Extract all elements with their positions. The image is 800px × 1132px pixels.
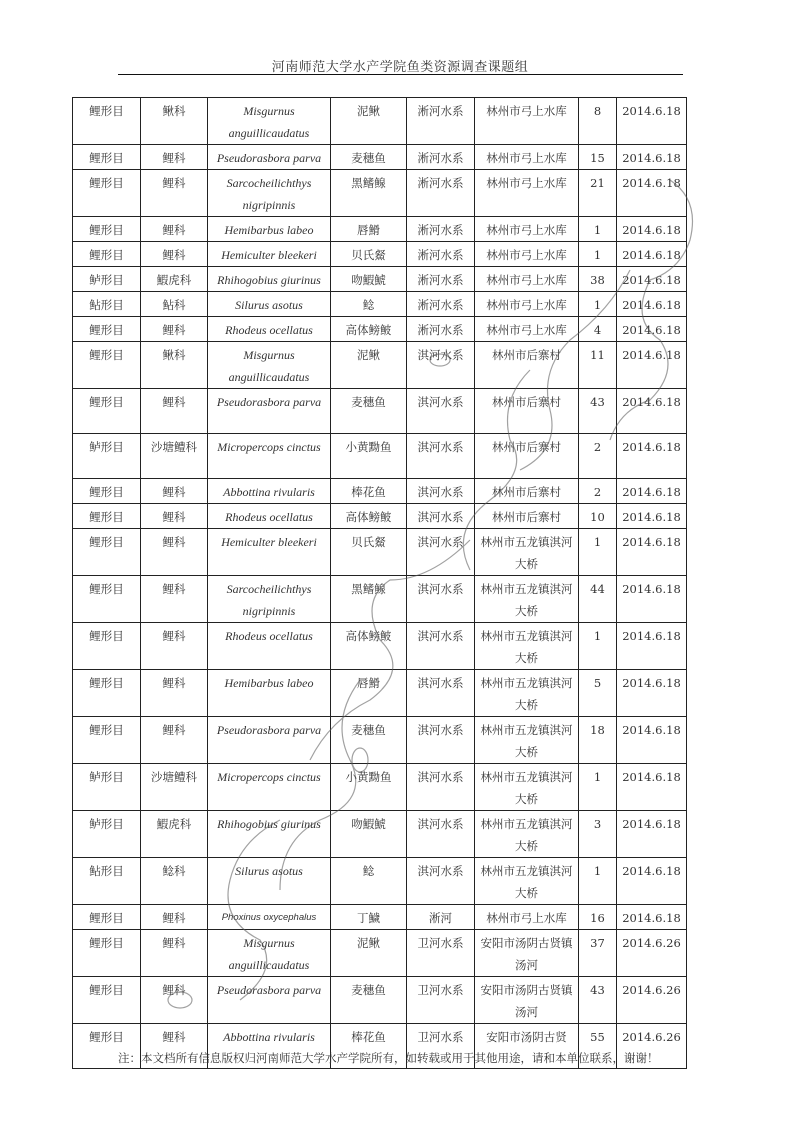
cell-scientific: Hemiculter bleekeri [208, 242, 331, 267]
cell-river: 淇河水系 [407, 811, 475, 858]
cell-river: 淅河水系 [407, 145, 475, 170]
cell-count: 1 [579, 242, 617, 267]
cell-date: 2014.6.18 [617, 389, 687, 434]
cell-river: 淇河水系 [407, 717, 475, 764]
cell-river: 卫河水系 [407, 930, 475, 977]
cell-date: 2014.6.18 [617, 905, 687, 930]
table-row: 鲤形目鲤科Misgurnus anguillicaudatus泥鳅卫河水系安阳市… [73, 930, 687, 977]
cell-river: 淇河水系 [407, 504, 475, 529]
cell-common: 麦穗鱼 [331, 717, 407, 764]
cell-family: 鲤科 [141, 170, 208, 217]
cell-common: 丁鱥 [331, 905, 407, 930]
cell-location: 林州市后寨村 [475, 389, 579, 434]
cell-date: 2014.6.18 [617, 576, 687, 623]
cell-date: 2014.6.18 [617, 504, 687, 529]
cell-location: 林州市五龙镇淇河大桥 [475, 623, 579, 670]
cell-family: 鲤科 [141, 217, 208, 242]
table-row: 鲤形目鲤科Rhodeus ocellatus高体鳑鲏淅河水系林州市弓上水库420… [73, 317, 687, 342]
cell-common: 泥鳅 [331, 98, 407, 145]
cell-common: 吻鰕鯱 [331, 267, 407, 292]
cell-location: 林州市弓上水库 [475, 905, 579, 930]
cell-common: 泥鳅 [331, 930, 407, 977]
cell-scientific: Pseudorasbora parva [208, 977, 331, 1024]
cell-family: 鲤科 [141, 529, 208, 576]
cell-common: 麦穗鱼 [331, 389, 407, 434]
cell-date: 2014.6.18 [617, 145, 687, 170]
cell-order: 鲇形目 [73, 292, 141, 317]
cell-order: 鲤形目 [73, 389, 141, 434]
cell-order: 鲤形目 [73, 905, 141, 930]
table-row: 鲤形目鲤科Pseudorasbora parva麦穗鱼淅河水系林州市弓上水库15… [73, 145, 687, 170]
cell-family: 沙塘鳢科 [141, 434, 208, 479]
cell-river: 淅河水系 [407, 170, 475, 217]
cell-location: 林州市弓上水库 [475, 98, 579, 145]
cell-family: 鲤科 [141, 576, 208, 623]
cell-river: 淇河水系 [407, 479, 475, 504]
cell-count: 2 [579, 434, 617, 479]
cell-date: 2014.6.18 [617, 479, 687, 504]
table-row: 鲤形目鲤科Hemibarbus labeo唇䱻淇河水系林州市五龙镇淇河大桥520… [73, 670, 687, 717]
cell-count: 1 [579, 858, 617, 905]
cell-count: 43 [579, 977, 617, 1024]
cell-date: 2014.6.26 [617, 977, 687, 1024]
cell-location: 林州市弓上水库 [475, 145, 579, 170]
cell-scientific: Micropercops cinctus [208, 434, 331, 479]
cell-order: 鲈形目 [73, 764, 141, 811]
cell-order: 鲤形目 [73, 170, 141, 217]
cell-location: 林州市弓上水库 [475, 317, 579, 342]
cell-scientific: Phoxinus oxycephalus [208, 905, 331, 930]
cell-family: 沙塘鳢科 [141, 764, 208, 811]
cell-family: 鲤科 [141, 670, 208, 717]
cell-scientific: Hemiculter bleekeri [208, 529, 331, 576]
cell-common: 小黄黝鱼 [331, 434, 407, 479]
cell-count: 1 [579, 217, 617, 242]
cell-count: 18 [579, 717, 617, 764]
table-row: 鲤形目鲤科Hemiculter bleekeri贝氏䱗淅河水系林州市弓上水库12… [73, 242, 687, 267]
cell-order: 鲈形目 [73, 267, 141, 292]
table-row: 鲤形目鲤科Phoxinus oxycephalus丁鱥淅河林州市弓上水库1620… [73, 905, 687, 930]
table-row: 鲤形目鲤科Sarcocheilichthys nigripinnis黑鳍鳈淅河水… [73, 170, 687, 217]
cell-location: 林州市弓上水库 [475, 267, 579, 292]
cell-order: 鲈形目 [73, 434, 141, 479]
cell-location: 林州市五龙镇淇河大桥 [475, 858, 579, 905]
cell-location: 林州市后寨村 [475, 479, 579, 504]
cell-count: 10 [579, 504, 617, 529]
cell-common: 贝氏䱗 [331, 242, 407, 267]
cell-count: 3 [579, 811, 617, 858]
cell-count: 11 [579, 342, 617, 389]
table-row: 鲤形目鲤科Rhodeus ocellatus高体鳑鲏淇河水系林州市后寨村1020… [73, 504, 687, 529]
cell-family: 鲤科 [141, 389, 208, 434]
cell-family: 鲇科 [141, 292, 208, 317]
cell-river: 淇河水系 [407, 858, 475, 905]
cell-family: 鲤科 [141, 977, 208, 1024]
table-row: 鲤形目鳅科Misgurnus anguillicaudatus泥鳅淅河水系林州市… [73, 98, 687, 145]
cell-date: 2014.6.18 [617, 342, 687, 389]
cell-common: 麦穗鱼 [331, 145, 407, 170]
cell-date: 2014.6.18 [617, 529, 687, 576]
cell-common: 鲶 [331, 858, 407, 905]
cell-family: 鲤科 [141, 717, 208, 764]
cell-common: 小黄黝鱼 [331, 764, 407, 811]
cell-location: 林州市五龙镇淇河大桥 [475, 670, 579, 717]
cell-date: 2014.6.18 [617, 267, 687, 292]
page-header-title: 河南师范大学水产学院鱼类资源调查课题组 [0, 56, 800, 75]
cell-scientific: Sarcocheilichthys nigripinnis [208, 576, 331, 623]
cell-date: 2014.6.18 [617, 811, 687, 858]
cell-common: 高体鳑鲏 [331, 317, 407, 342]
cell-date: 2014.6.18 [617, 764, 687, 811]
table-row: 鲈形目沙塘鳢科Micropercops cinctus小黄黝鱼淇河水系林州市五龙… [73, 764, 687, 811]
cell-river: 淇河水系 [407, 342, 475, 389]
table-row: 鲈形目鰕虎科Rhihogobius giurinus吻鰕鯱淇河水系林州市五龙镇淇… [73, 811, 687, 858]
table-row: 鲤形目鲤科Pseudorasbora parva麦穗鱼淇河水系林州市后寨村432… [73, 389, 687, 434]
cell-count: 1 [579, 623, 617, 670]
cell-count: 37 [579, 930, 617, 977]
cell-river: 淅河水系 [407, 242, 475, 267]
header-divider [118, 74, 683, 75]
cell-family: 鰕虎科 [141, 811, 208, 858]
cell-scientific: Sarcocheilichthys nigripinnis [208, 170, 331, 217]
cell-scientific: Rhihogobius giurinus [208, 267, 331, 292]
cell-date: 2014.6.26 [617, 930, 687, 977]
cell-scientific: Pseudorasbora parva [208, 389, 331, 434]
cell-family: 鳅科 [141, 342, 208, 389]
cell-river: 淇河水系 [407, 764, 475, 811]
cell-common: 黑鳍鳈 [331, 170, 407, 217]
cell-river: 淅河水系 [407, 317, 475, 342]
cell-family: 鲤科 [141, 479, 208, 504]
cell-date: 2014.6.18 [617, 242, 687, 267]
cell-river: 淇河水系 [407, 576, 475, 623]
cell-scientific: Hemibarbus labeo [208, 670, 331, 717]
cell-count: 43 [579, 389, 617, 434]
cell-scientific: Misgurnus anguillicaudatus [208, 98, 331, 145]
cell-river: 淅河水系 [407, 267, 475, 292]
copyright-note: 注：本文档所有信息版权归河南师范大学水产学院所有，如转载或用于其他用途，请和本单… [118, 1050, 659, 1066]
cell-location: 林州市五龙镇淇河大桥 [475, 811, 579, 858]
cell-common: 唇䱻 [331, 670, 407, 717]
table-row: 鲈形目鰕虎科Rhihogobius giurinus吻鰕鯱淅河水系林州市弓上水库… [73, 267, 687, 292]
cell-river: 淅河 [407, 905, 475, 930]
cell-river: 卫河水系 [407, 977, 475, 1024]
cell-common: 泥鳅 [331, 342, 407, 389]
cell-river: 淇河水系 [407, 529, 475, 576]
cell-count: 38 [579, 267, 617, 292]
fish-survey-table: 鲤形目鳅科Misgurnus anguillicaudatus泥鳅淅河水系林州市… [72, 97, 687, 1069]
table-row: 鲤形目鲤科Hemiculter bleekeri贝氏䱗淇河水系林州市五龙镇淇河大… [73, 529, 687, 576]
cell-scientific: Misgurnus anguillicaudatus [208, 342, 331, 389]
cell-family: 鲤科 [141, 930, 208, 977]
cell-location: 林州市弓上水库 [475, 170, 579, 217]
cell-common: 吻鰕鯱 [331, 811, 407, 858]
cell-common: 贝氏䱗 [331, 529, 407, 576]
cell-family: 鲶科 [141, 858, 208, 905]
cell-count: 1 [579, 292, 617, 317]
cell-location: 林州市弓上水库 [475, 242, 579, 267]
cell-date: 2014.6.18 [617, 217, 687, 242]
table-row: 鲤形目鲤科Abbottina rivularis棒花鱼淇河水系林州市后寨村220… [73, 479, 687, 504]
table-row: 鲤形目鲤科Pseudorasbora parva麦穗鱼淇河水系林州市五龙镇淇河大… [73, 717, 687, 764]
cell-family: 鲤科 [141, 242, 208, 267]
cell-order: 鲤形目 [73, 930, 141, 977]
cell-scientific: Misgurnus anguillicaudatus [208, 930, 331, 977]
cell-river: 淅河水系 [407, 98, 475, 145]
cell-common: 麦穗鱼 [331, 977, 407, 1024]
cell-common: 唇䱻 [331, 217, 407, 242]
cell-order: 鲤形目 [73, 504, 141, 529]
table-row: 鲤形目鲤科Sarcocheilichthys nigripinnis黑鳍鳈淇河水… [73, 576, 687, 623]
cell-order: 鲤形目 [73, 717, 141, 764]
cell-count: 4 [579, 317, 617, 342]
cell-count: 44 [579, 576, 617, 623]
cell-location: 林州市后寨村 [475, 342, 579, 389]
cell-order: 鲤形目 [73, 317, 141, 342]
cell-scientific: Pseudorasbora parva [208, 145, 331, 170]
cell-order: 鲇形目 [73, 858, 141, 905]
cell-date: 2014.6.18 [617, 98, 687, 145]
cell-location: 林州市后寨村 [475, 504, 579, 529]
cell-date: 2014.6.18 [617, 317, 687, 342]
cell-order: 鲤形目 [73, 242, 141, 267]
table-row: 鲤形目鲤科Hemibarbus labeo唇䱻淅河水系林州市弓上水库12014.… [73, 217, 687, 242]
cell-count: 5 [579, 670, 617, 717]
table-row: 鲤形目鳅科Misgurnus anguillicaudatus泥鳅淇河水系林州市… [73, 342, 687, 389]
cell-scientific: Rhodeus ocellatus [208, 317, 331, 342]
cell-family: 鲤科 [141, 504, 208, 529]
cell-count: 2 [579, 479, 617, 504]
cell-scientific: Abbottina rivularis [208, 479, 331, 504]
cell-scientific: Rhihogobius giurinus [208, 811, 331, 858]
cell-order: 鲈形目 [73, 811, 141, 858]
cell-order: 鲤形目 [73, 670, 141, 717]
cell-river: 淇河水系 [407, 623, 475, 670]
table-row: 鲤形目鲤科Pseudorasbora parva麦穗鱼卫河水系安阳市汤阴古贤镇汤… [73, 977, 687, 1024]
cell-location: 安阳市汤阴古贤镇汤河 [475, 977, 579, 1024]
cell-date: 2014.6.18 [617, 717, 687, 764]
cell-date: 2014.6.18 [617, 670, 687, 717]
cell-family: 鲤科 [141, 317, 208, 342]
cell-date: 2014.6.18 [617, 623, 687, 670]
cell-family: 鲤科 [141, 623, 208, 670]
table-row: 鲈形目沙塘鳢科Micropercops cinctus小黄黝鱼淇河水系林州市后寨… [73, 434, 687, 479]
cell-scientific: Rhodeus ocellatus [208, 623, 331, 670]
table-row: 鲇形目鲇科Silurus asotus鲶淅河水系林州市弓上水库12014.6.1… [73, 292, 687, 317]
cell-scientific: Rhodeus ocellatus [208, 504, 331, 529]
cell-scientific: Silurus asotus [208, 292, 331, 317]
cell-river: 淇河水系 [407, 389, 475, 434]
cell-order: 鲤形目 [73, 623, 141, 670]
cell-location: 林州市五龙镇淇河大桥 [475, 529, 579, 576]
cell-count: 8 [579, 98, 617, 145]
cell-date: 2014.6.18 [617, 434, 687, 479]
cell-family: 鳅科 [141, 98, 208, 145]
cell-river: 淅河水系 [407, 292, 475, 317]
cell-count: 1 [579, 529, 617, 576]
cell-location: 安阳市汤阴古贤镇汤河 [475, 930, 579, 977]
cell-scientific: Micropercops cinctus [208, 764, 331, 811]
cell-family: 鲤科 [141, 145, 208, 170]
cell-order: 鲤形目 [73, 98, 141, 145]
cell-location: 林州市五龙镇淇河大桥 [475, 764, 579, 811]
cell-scientific: Silurus asotus [208, 858, 331, 905]
cell-river: 淇河水系 [407, 434, 475, 479]
table-row: 鲤形目鲤科Rhodeus ocellatus高体鳑鲏淇河水系林州市五龙镇淇河大桥… [73, 623, 687, 670]
cell-count: 1 [579, 764, 617, 811]
cell-order: 鲤形目 [73, 342, 141, 389]
cell-river: 淅河水系 [407, 217, 475, 242]
table-row: 鲇形目鲶科Silurus asotus鲶淇河水系林州市五龙镇淇河大桥12014.… [73, 858, 687, 905]
cell-order: 鲤形目 [73, 145, 141, 170]
cell-family: 鲤科 [141, 905, 208, 930]
cell-common: 黑鳍鳈 [331, 576, 407, 623]
cell-common: 鲶 [331, 292, 407, 317]
cell-order: 鲤形目 [73, 977, 141, 1024]
cell-count: 21 [579, 170, 617, 217]
cell-common: 高体鳑鲏 [331, 623, 407, 670]
cell-date: 2014.6.18 [617, 170, 687, 217]
cell-count: 16 [579, 905, 617, 930]
cell-date: 2014.6.18 [617, 858, 687, 905]
cell-order: 鲤形目 [73, 217, 141, 242]
cell-location: 林州市五龙镇淇河大桥 [475, 717, 579, 764]
cell-common: 棒花鱼 [331, 479, 407, 504]
cell-order: 鲤形目 [73, 479, 141, 504]
cell-scientific: Pseudorasbora parva [208, 717, 331, 764]
cell-location: 林州市后寨村 [475, 434, 579, 479]
cell-family: 鰕虎科 [141, 267, 208, 292]
cell-date: 2014.6.18 [617, 292, 687, 317]
cell-location: 林州市五龙镇淇河大桥 [475, 576, 579, 623]
cell-scientific: Hemibarbus labeo [208, 217, 331, 242]
cell-location: 林州市弓上水库 [475, 292, 579, 317]
cell-location: 林州市弓上水库 [475, 217, 579, 242]
cell-river: 淇河水系 [407, 670, 475, 717]
cell-count: 15 [579, 145, 617, 170]
cell-order: 鲤形目 [73, 576, 141, 623]
cell-order: 鲤形目 [73, 529, 141, 576]
cell-common: 高体鳑鲏 [331, 504, 407, 529]
